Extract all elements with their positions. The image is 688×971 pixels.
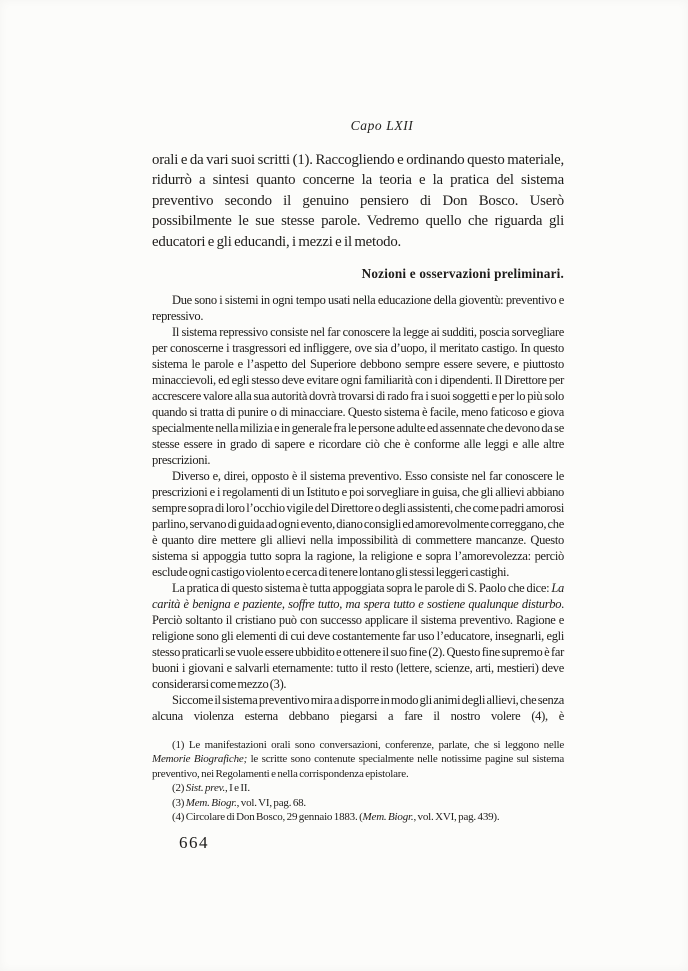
paragraph-systems: Due sono i sistemi in ogni tempo usati n…	[152, 292, 564, 324]
footnote-2-rest: , I e II.	[225, 782, 250, 794]
paragraph-siccome: Siccome il sistema preventivo mira a dis…	[152, 692, 564, 724]
footnote-2: (2) Sist. prev., I e II.	[152, 781, 564, 795]
body-text: Due sono i sistemi in ogni tempo usati n…	[152, 292, 564, 724]
footnote-3-number: (3)	[172, 797, 186, 809]
paragraph-preventive-system: Diverso e, direi, opposto è il sistema p…	[152, 468, 564, 580]
footnote-3-source: Mem. Biogr.	[186, 797, 237, 809]
text-block: Capo LXII orali e da vari suoi scritti (…	[152, 118, 564, 853]
page-number: 664	[179, 833, 564, 853]
section-heading: Nozioni e osservazioni preliminari.	[152, 266, 564, 282]
footnote-4-source: Mem. Biogr.	[363, 811, 414, 823]
paragraph-repressive-system: Il sistema repressivo consiste nel far c…	[152, 324, 564, 468]
footnote-2-source: Sist. prev.	[186, 782, 225, 794]
footnote-4: (4) Circolare di Don Bosco, 29 gennaio 1…	[152, 810, 564, 824]
running-header: Capo LXII	[152, 118, 564, 134]
footnote-4-rest: , vol. XVI, pag. 439).	[413, 811, 499, 823]
footnote-2-number: (2)	[172, 782, 186, 794]
footnote-1-text: (1) Le manifestazioni orali sono convers…	[172, 739, 564, 751]
intro-paragraph: orali e da vari suoi scritti (1). Raccog…	[152, 150, 564, 252]
footnote-3-rest: , vol. VI, pag. 68.	[237, 797, 306, 809]
footnote-1-source: Memorie Biografiche;	[152, 753, 247, 765]
footnote-1: (1) Le manifestazioni orali sono convers…	[152, 738, 564, 781]
footnote-3: (3) Mem. Biogr., vol. VI, pag. 68.	[152, 796, 564, 810]
book-page-scan: Capo LXII orali e da vari suoi scritti (…	[0, 0, 688, 971]
paragraph-practice-rest: . Perciò soltanto il cristiano può con s…	[152, 597, 564, 691]
footnote-4-text: (4) Circolare di Don Bosco, 29 gennaio 1…	[172, 811, 363, 823]
paragraph-practice-lead: La pratica di questo sistema è tutta app…	[172, 581, 551, 595]
paragraph-practice: La pratica di questo sistema è tutta app…	[152, 580, 564, 692]
footnotes: (1) Le manifestazioni orali sono convers…	[152, 738, 564, 824]
